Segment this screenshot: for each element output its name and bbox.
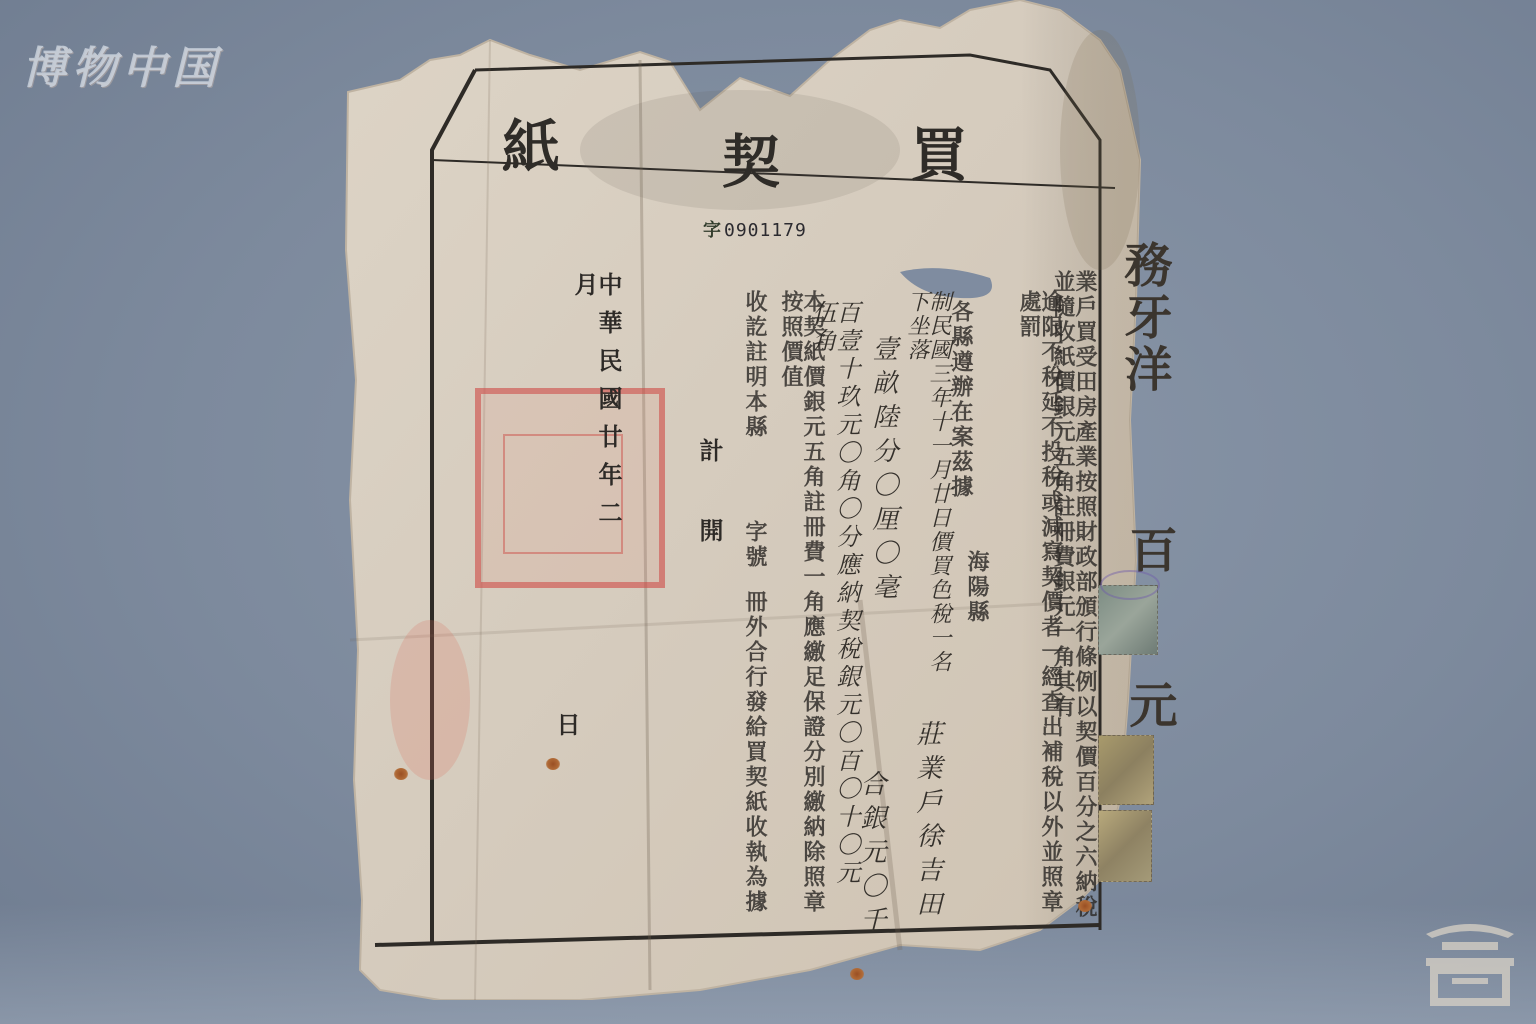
printed-text-column-5: 收訖註明本縣: [744, 290, 766, 440]
right-edge-char-yuan: 元: [1115, 680, 1184, 732]
serial-digits: 0901179: [724, 220, 807, 241]
title-char-zhi: 紙: [502, 100, 560, 184]
title-char-qi: 契: [722, 115, 780, 199]
rust-spot: [546, 758, 560, 770]
printed-text-column-6: 冊外合行發給買契紙收執為據: [744, 590, 766, 920]
museum-logo-icon: [1412, 912, 1528, 1012]
handwritten-area-column: 壹畝陸分〇厘〇毫: [870, 335, 896, 675]
handwritten-total-column: 合銀元〇千: [858, 770, 884, 940]
rust-spot: [1078, 900, 1092, 912]
county-name: 海陽縣: [966, 550, 988, 625]
right-edge-char-3: 洋: [1116, 344, 1172, 396]
revenue-stamp-3: [1098, 810, 1152, 882]
ji-label: 計: [697, 438, 721, 476]
serial-number: 字0901179: [703, 216, 807, 242]
postmark-circle: [1100, 570, 1160, 600]
date-column: 中華民國廿年二月: [572, 272, 620, 572]
printed-text-column-2: 逾限不稅延不投稅或減寫契價者一經查出補稅以外並照章處罰: [1018, 290, 1062, 930]
kai-label: 開: [697, 518, 721, 556]
official-red-seal: [475, 388, 665, 588]
handwritten-date-column: 制民國三年十一月廿日價買色稅一名下坐落: [905, 290, 949, 680]
watermark-text: 博物中国: [22, 32, 222, 96]
zihao-label: 字號: [744, 520, 766, 570]
deed-document: 紙 契 買 字0901179 中華民國廿年二月 日 計 開 業戶買受田房產業按照…: [340, 0, 1190, 1000]
rust-spot: [850, 968, 864, 980]
printed-text-column-4: 本契紙價銀元五角註冊費一角應繳足保證分別繳納除照章按照價值: [780, 290, 824, 930]
day-label: 日: [554, 712, 578, 750]
right-edge-char-2: 牙: [1116, 292, 1172, 344]
right-edge-characters: 務牙洋: [1110, 240, 1179, 396]
title-char-mai: 買: [910, 108, 968, 192]
buyer-name-column: 莊業戶徐吉田: [914, 720, 940, 924]
rust-spot: [394, 768, 408, 780]
serial-prefix: 字: [703, 220, 722, 241]
revenue-stamp-2: [1098, 735, 1154, 805]
right-edge-char-1: 務: [1116, 240, 1172, 292]
